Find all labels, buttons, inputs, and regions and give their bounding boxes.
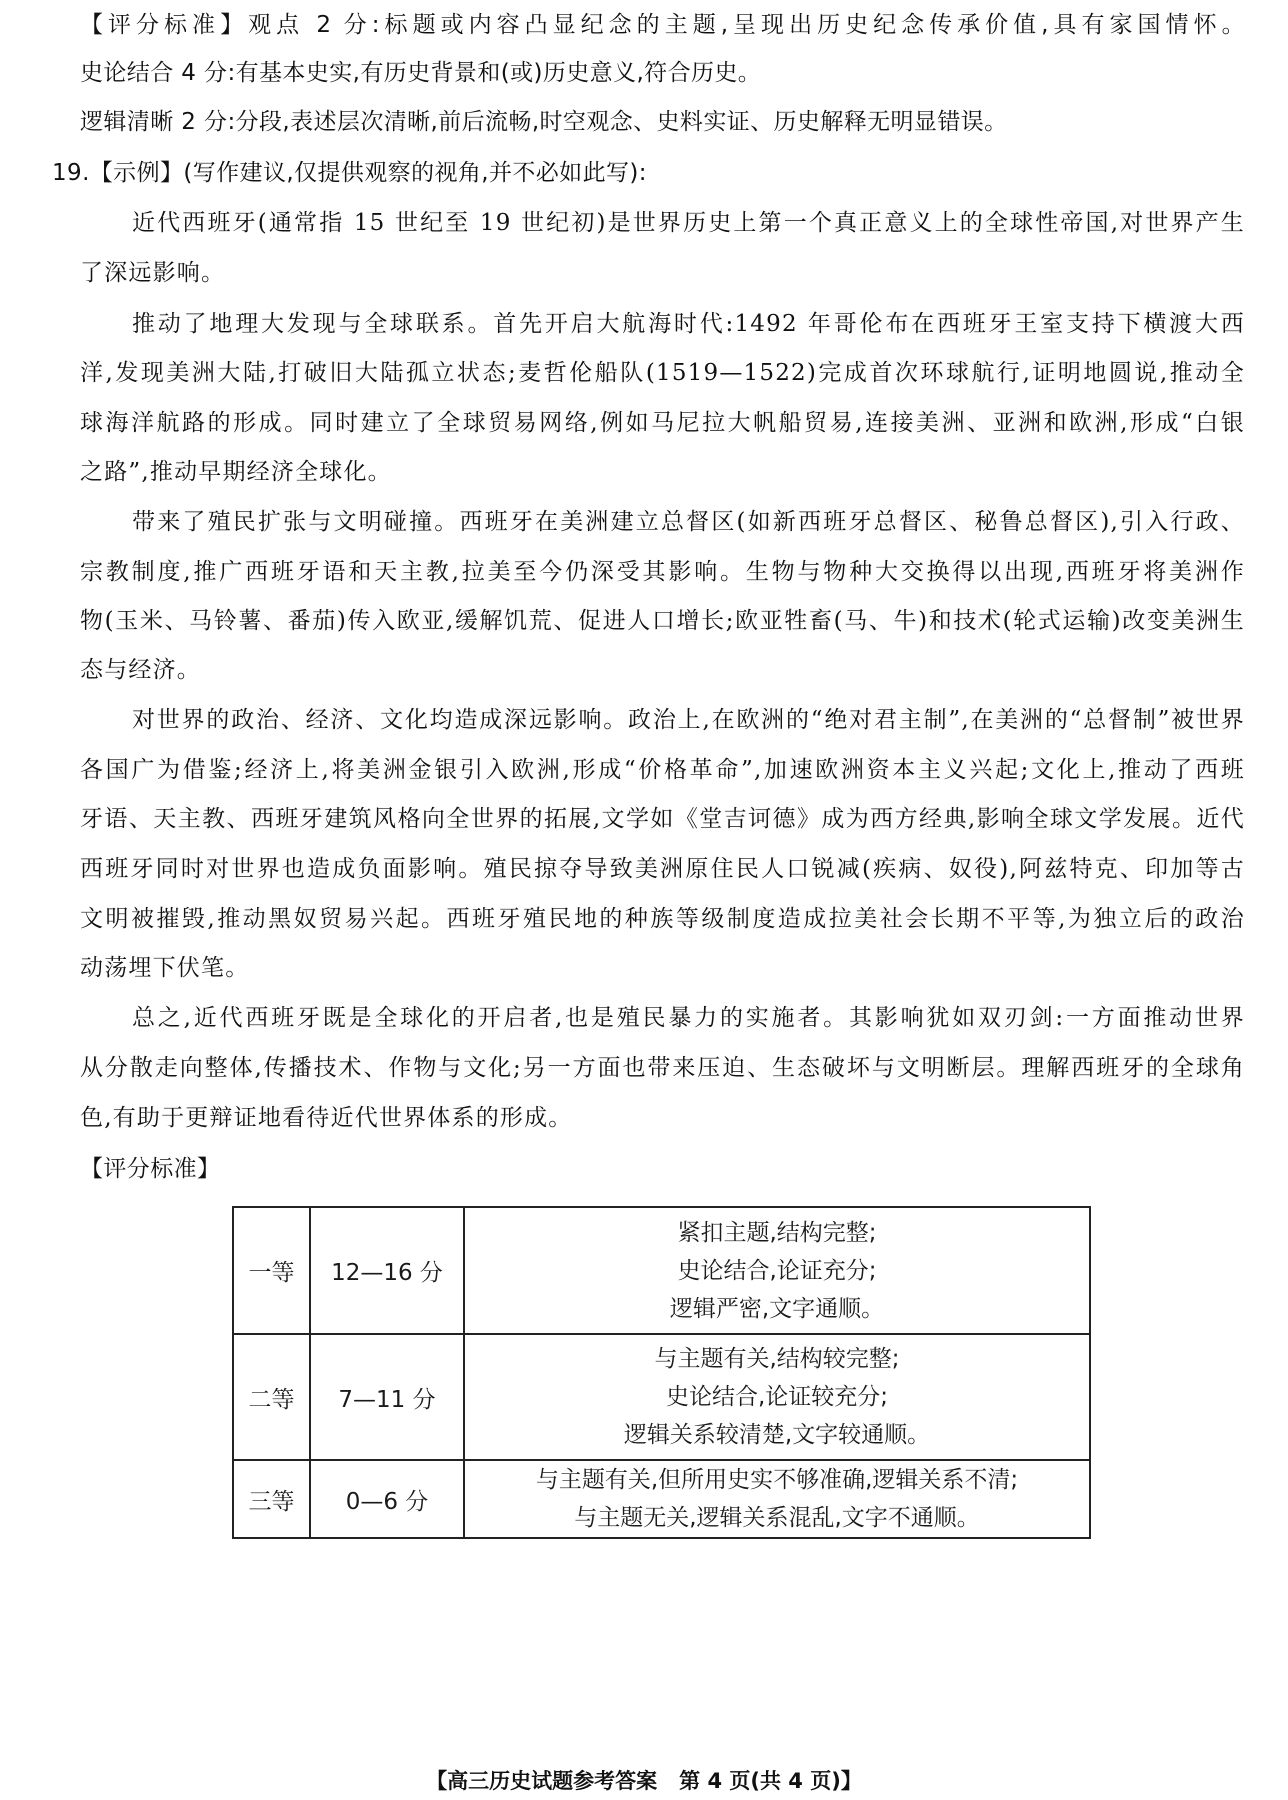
rubric-desc-line: 紧扣主题,结构完整; <box>465 1214 1089 1252</box>
rubric-desc-line: 与主题有关,但所用史实不够准确,逻辑关系不清; <box>465 1461 1089 1499</box>
footer-title: 【高三历史试题参考答案 <box>426 1769 657 1793</box>
answer-key-page: 【评分标准】观点 2 分:标题或内容凸显纪念的主题,呈现出历史纪念传承价值,具有… <box>0 0 1288 1800</box>
essay-p4-line4: 西班牙同时对世界也造成负面影响。殖民掠夺导致美洲原住民人口锐减(疾病、奴役),阿… <box>80 852 1245 886</box>
rubric-row: 二等 7—11 分 与主题有关,结构较完整; 史论结合,论证较充分; 逻辑关系较… <box>233 1334 1090 1460</box>
rubric-score: 12—16 分 <box>310 1207 464 1334</box>
rubric-score: 7—11 分 <box>310 1334 464 1460</box>
essay-p2-line3: 球海洋航路的形成。同时建立了全球贸易网络,例如马尼拉大帆船贸易,连接美洲、亚洲和… <box>80 406 1245 440</box>
essay-p3-line4: 态与经济。 <box>80 653 1245 687</box>
criteria-evidence: 史论结合 4 分:有基本史实,有历史背景和(或)历史意义,符合历史。 <box>80 56 1245 90</box>
essay-p4-line3: 牙语、天主教、西班牙建筑风格向全世界的拓展,文学如《堂吉诃德》成为西方经典,影响… <box>80 802 1245 836</box>
rubric-description: 与主题有关,但所用史实不够准确,逻辑关系不清; 与主题无关,逻辑关系混乱,文字不… <box>464 1460 1090 1538</box>
essay-p5-line2: 从分散走向整体,传播技术、作物与文化;另一方面也带来压迫、生态破坏与文明断层。理… <box>80 1051 1245 1085</box>
essay-p3-line3: 物(玉米、马铃薯、番茄)传入欧亚,缓解饥荒、促进人口增长;欧亚牲畜(马、牛)和技… <box>80 604 1245 638</box>
question-number: 19. <box>52 160 90 186</box>
essay-p2-line1: 推动了地理大发现与全球联系。首先开启大航海时代:1492 年哥伦布在西班牙王室支… <box>132 307 1245 341</box>
rubric-desc-line: 史论结合,论证充分; <box>465 1252 1089 1290</box>
page-footer: 【高三历史试题参考答案第 4 页(共 4 页)】 <box>0 1765 1288 1795</box>
rubric-desc-line: 与主题有关,结构较完整; <box>465 1340 1089 1378</box>
rubric-title: 【评分标准】 <box>80 1152 1245 1186</box>
essay-p2-line2: 洋,发现美洲大陆,打破旧大陆孤立状态;麦哲伦船队(1519—1522)完成首次环… <box>80 356 1245 390</box>
essay-p5-line3: 色,有助于更辩证地看待近代世界体系的形成。 <box>80 1101 1245 1135</box>
rubric-grade: 一等 <box>233 1207 310 1334</box>
question-heading: 19.【示例】(写作建议,仅提供观察的视角,并不必如此写): <box>52 156 647 190</box>
criteria-viewpoint: 【评分标准】观点 2 分:标题或内容凸显纪念的主题,呈现出历史纪念传承价值,具有… <box>80 8 1245 42</box>
rubric-grade: 三等 <box>233 1460 310 1538</box>
essay-p1-line1: 近代西班牙(通常指 15 世纪至 19 世纪初)是世界历史上第一个真正意义上的全… <box>132 206 1245 240</box>
essay-p5-line1: 总之,近代西班牙既是全球化的开启者,也是殖民暴力的实施者。其影响犹如双刃剑:一方… <box>132 1001 1245 1035</box>
rubric-row: 三等 0—6 分 与主题有关,但所用史实不够准确,逻辑关系不清; 与主题无关,逻… <box>233 1460 1090 1538</box>
essay-p4-line2: 各国广为借鉴;经济上,将美洲金银引入欧洲,形成“价格革命”,加速欧洲资本主义兴起… <box>80 753 1245 787</box>
essay-p2-line4: 之路”,推动早期经济全球化。 <box>80 455 1245 489</box>
essay-p3-line2: 宗教制度,推广西班牙语和天主教,拉美至今仍深受其影响。生物与物种大交换得以出现,… <box>80 555 1245 589</box>
rubric-description: 紧扣主题,结构完整; 史论结合,论证充分; 逻辑严密,文字通顺。 <box>464 1207 1090 1334</box>
rubric-table: 一等 12—16 分 紧扣主题,结构完整; 史论结合,论证充分; 逻辑严密,文字… <box>232 1206 1091 1539</box>
question-example-label: 【示例】(写作建议,仅提供观察的视角,并不必如此写): <box>90 160 647 186</box>
rubric-desc-line: 史论结合,论证较充分; <box>465 1378 1089 1416</box>
rubric-desc-line: 逻辑关系较清楚,文字较通顺。 <box>465 1416 1089 1454</box>
essay-p4-line5: 文明被摧毁,推动黑奴贸易兴起。西班牙殖民地的种族等级制度造成拉美社会长期不平等,… <box>80 902 1245 936</box>
rubric-desc-line: 逻辑严密,文字通顺。 <box>465 1290 1089 1328</box>
footer-page-number: 第 4 页(共 4 页)】 <box>679 1769 862 1793</box>
rubric-score: 0—6 分 <box>310 1460 464 1538</box>
rubric-row: 一等 12—16 分 紧扣主题,结构完整; 史论结合,论证充分; 逻辑严密,文字… <box>233 1207 1090 1334</box>
essay-p1-line2: 了深远影响。 <box>80 256 1245 290</box>
criteria-logic: 逻辑清晰 2 分:分段,表述层次清晰,前后流畅,时空观念、史料实证、历史解释无明… <box>80 105 1245 139</box>
rubric-desc-line: 与主题无关,逻辑关系混乱,文字不通顺。 <box>465 1499 1089 1537</box>
rubric-grade: 二等 <box>233 1334 310 1460</box>
essay-p4-line1: 对世界的政治、经济、文化均造成深远影响。政治上,在欧洲的“绝对君主制”,在美洲的… <box>132 703 1245 737</box>
essay-p3-line1: 带来了殖民扩张与文明碰撞。西班牙在美洲建立总督区(如新西班牙总督区、秘鲁总督区)… <box>132 505 1245 539</box>
essay-p4-line6: 动荡埋下伏笔。 <box>80 951 1245 985</box>
rubric-description: 与主题有关,结构较完整; 史论结合,论证较充分; 逻辑关系较清楚,文字较通顺。 <box>464 1334 1090 1460</box>
